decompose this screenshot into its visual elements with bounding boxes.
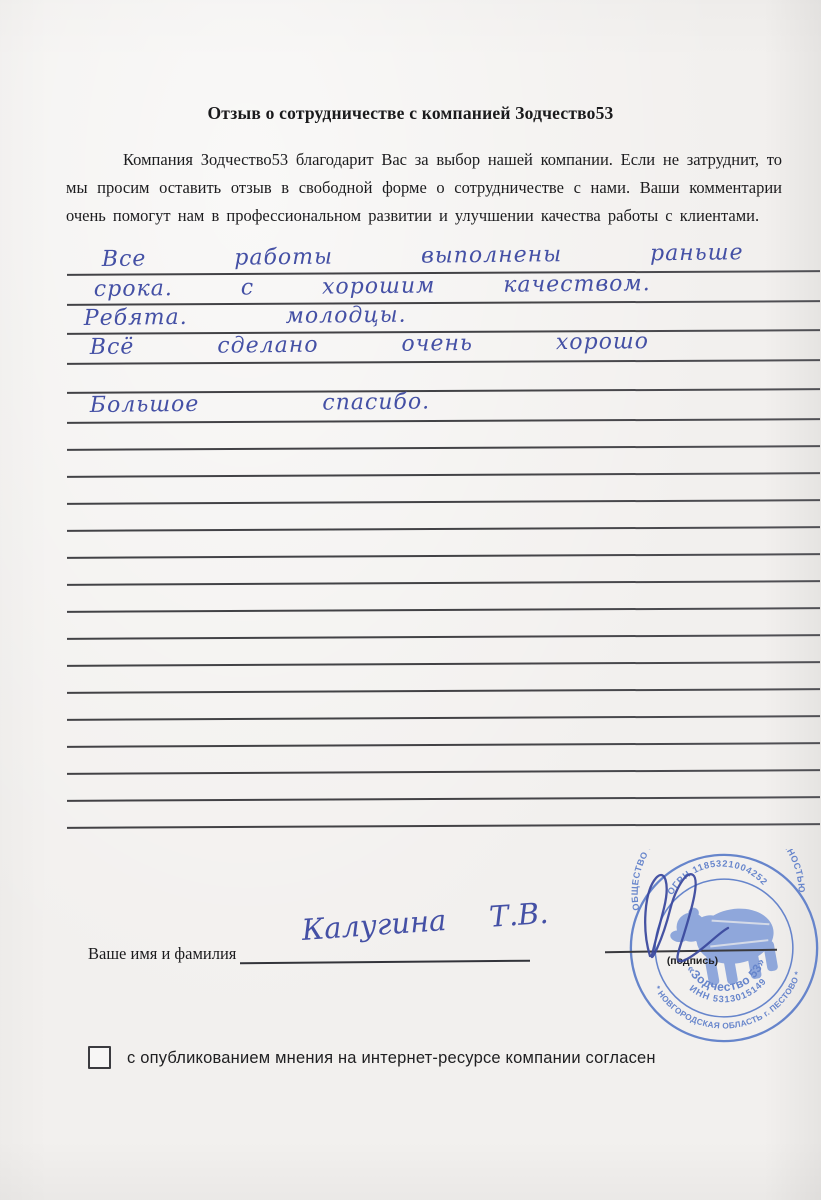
ruled-line [67,607,820,613]
handwritten-line: Все работы выполнены раньше [102,240,744,272]
document-title: Отзыв о сотрудничестве с компанией Зодче… [0,103,821,124]
ruled-line [67,661,820,667]
handwritten-line: Всё сделано очень хорошо [90,329,649,360]
consent-checkbox[interactable] [88,1046,111,1069]
ruled-line [67,634,820,640]
ruled-line [67,445,820,451]
name-field-label: Ваше имя и фамилия [88,944,236,964]
intro-paragraph: Компания Зодчество53 благодарит Вас за в… [66,146,782,230]
scanned-review-form: Отзыв о сотрудничестве с компанией Зодче… [0,0,821,1200]
ruled-line [67,580,820,586]
consent-label: с опубликованием мнения на интернет-ресу… [127,1049,656,1068]
handwritten-line: Ребята. молодцы. [84,303,407,331]
ruled-line [67,472,820,478]
handwritten-line: срока. с хорошим качеством. [94,271,651,302]
name-field-line [240,960,530,965]
ruled-line [67,359,820,365]
signature-scribble [612,858,797,970]
ruled-line [67,553,820,559]
ruled-line [67,715,820,721]
ruled-line [67,823,820,829]
ruled-line [67,418,820,424]
ruled-line [67,796,820,802]
name-field-handwritten-value: Калугина Т.В. [301,896,550,947]
ruled-line [67,769,820,775]
handwritten-line: Большое спасибо. [90,389,431,418]
ruled-line [67,499,820,505]
ruled-line [67,526,820,532]
ruled-line [67,742,820,748]
ruled-line [67,688,820,694]
